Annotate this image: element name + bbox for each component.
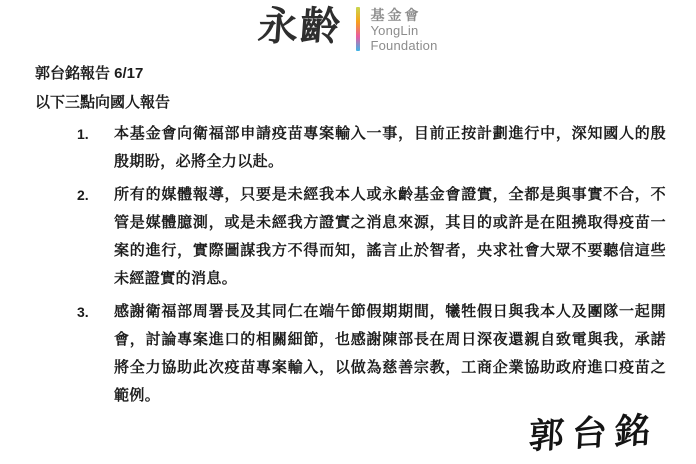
yonglin-foundation-logo: 永齡 基金會 YongLin Foundation [0,0,696,56]
logo-org-en-line1: YongLin [370,23,437,38]
logo-org-block: 基金會 YongLin Foundation [370,4,437,53]
logo-gradient-bar [356,7,360,51]
report-points-list: 1. 本基金會向衛福部申請疫苗專案輸入一事，目前正按計劃進行中，深知國人的殷殷期… [35,120,666,410]
report-intro: 以下三點向國人報告 [35,93,666,113]
report-body: 郭台銘報告 6/17 以下三點向國人報告 1. 本基金會向衛福部申請疫苗專案輸入… [0,64,696,410]
list-item-text: 感謝衛福部周署長及其同仁在端午節假期期間，犧牲假日與我本人及團隊一起開會，討論專… [114,298,666,410]
list-item: 3. 感謝衛福部周署長及其同仁在端午節假期期間，犧牲假日與我本人及團隊一起開會，… [35,298,666,410]
list-item: 1. 本基金會向衛福部申請疫苗專案輸入一事，目前正按計劃進行中，深知國人的殷殷期… [35,120,666,176]
list-item-number: 2. [77,181,114,209]
list-item-number: 3. [77,298,114,326]
list-item-text: 所有的媒體報導，只要是未經我本人或永齡基金會證實，全都是與事實不合，不管是媒體臆… [114,181,666,293]
list-item-number: 1. [77,120,114,148]
handwritten-signature: 郭台銘 [528,403,659,460]
logo-brand-calligraphy: 永齡 [257,4,344,50]
logo-org-en-line2: Foundation [370,38,437,53]
list-item-text: 本基金會向衛福部申請疫苗專案輸入一事，目前正按計劃進行中，深知國人的殷殷期盼，必… [114,120,666,176]
report-title: 郭台銘報告 6/17 [35,64,666,84]
logo-org-zh: 基金會 [370,7,437,23]
report-document: 永齡 基金會 YongLin Foundation 郭台銘報告 6/17 以下三… [0,0,696,464]
list-item: 2. 所有的媒體報導，只要是未經我本人或永齡基金會證實，全都是與事實不合，不管是… [35,181,666,293]
